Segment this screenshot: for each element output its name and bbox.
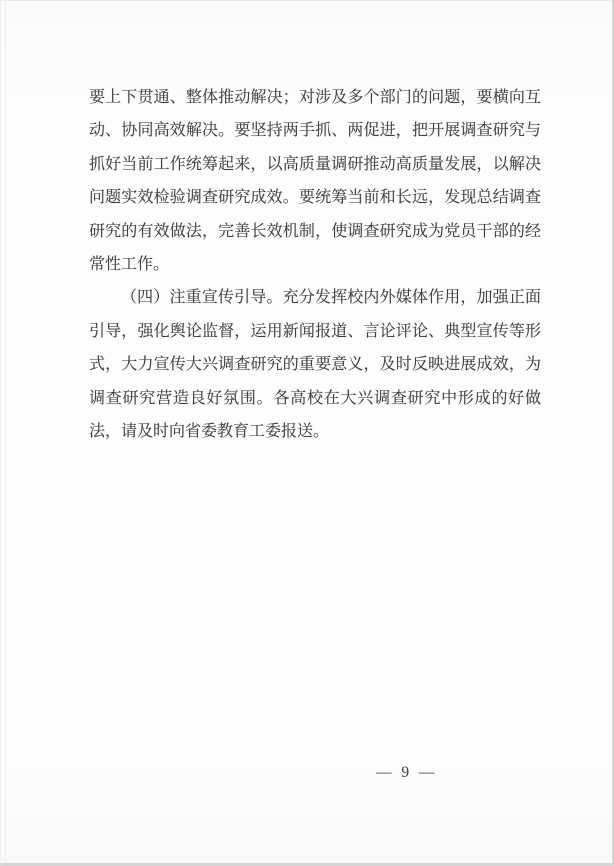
paragraph-section-four: （四）注重宣传引导。充分发挥校内外媒体作用，加强正面引导，强化舆论监督，运用新闻… [89,281,541,448]
page-footer: — 9 — [1,764,612,782]
paragraph-continuation: 要上下贯通、整体推动解决；对涉及多个部门的问题，要横向互动、协同高效解决。要坚持… [89,81,541,281]
document-body: 要上下贯通、整体推动解决；对涉及多个部门的问题，要横向互动、协同高效解决。要坚持… [89,81,541,448]
document-page: 要上下贯通、整体推动解决；对涉及多个部门的问题，要横向互动、协同高效解决。要坚持… [0,0,614,866]
page-number: — 9 — [376,764,438,782]
